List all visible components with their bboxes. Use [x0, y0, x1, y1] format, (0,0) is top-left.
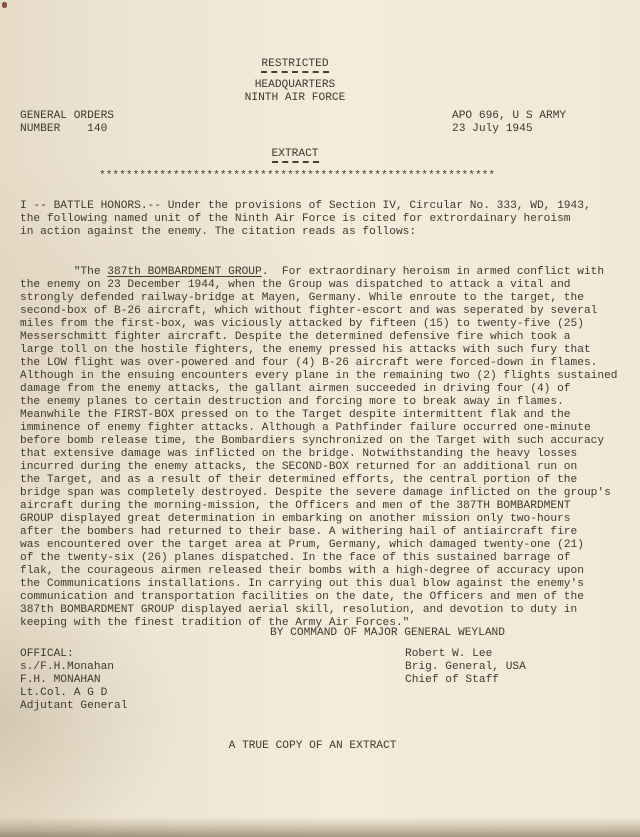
citation-unit-name: 387th BOMBARDMENT GROUP	[107, 266, 261, 278]
headquarters-block: HEADQUARTERS NINTH AIR FORCE	[0, 79, 590, 105]
scan-artifact-mark	[2, 2, 7, 8]
citation-body-text: . For extraordinary heroism in armed con…	[20, 266, 618, 629]
extract-label: EXTRACT	[272, 148, 319, 163]
battle-honors-paragraph: I -- BATTLE HONORS.-- Under the provisio…	[20, 200, 591, 239]
asterisk-separator: ****************************************…	[99, 170, 495, 183]
classification-banner: RESTRICTED	[0, 58, 590, 73]
official-signature-block: OFFICAL: s./F.H.Monahan F.H. MONAHAN Lt.…	[20, 648, 127, 713]
classification-label: RESTRICTED	[261, 58, 328, 73]
citation-open-text: "The	[47, 266, 107, 278]
document-page: RESTRICTED HEADQUARTERS NINTH AIR FORCE …	[0, 0, 640, 837]
citation-paragraph: "The 387th BOMBARDMENT GROUP. For extrao…	[20, 253, 618, 643]
chief-of-staff-block: Robert W. Lee Brig. General, USA Chief o…	[405, 648, 526, 687]
general-orders-block: GENERAL ORDERS NUMBER 140	[20, 110, 114, 136]
extract-heading: EXTRACT	[0, 148, 590, 163]
true-copy-line: A TRUE COPY OF AN EXTRACT	[0, 740, 625, 753]
by-command-line: BY COMMAND OF MAJOR GENERAL WEYLAND	[270, 627, 505, 640]
apo-date-block: APO 696, U S ARMY 23 July 1945	[452, 110, 566, 136]
